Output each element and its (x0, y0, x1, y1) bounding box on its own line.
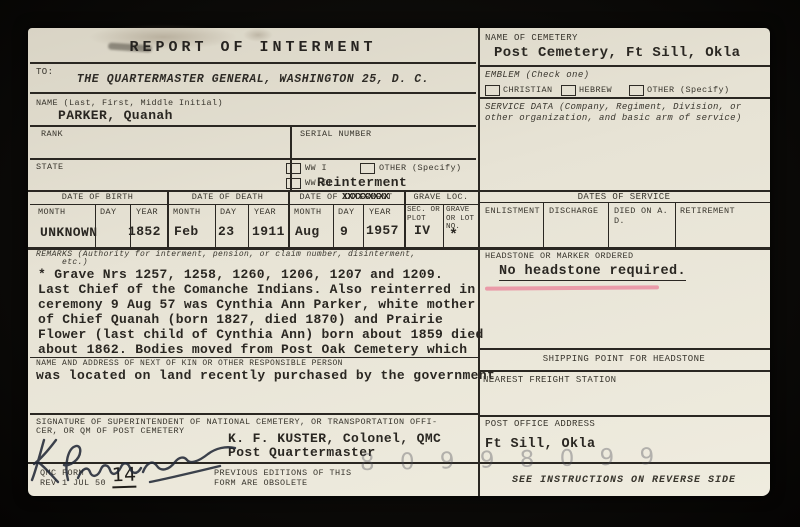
interment-day-value: 9 (340, 224, 348, 239)
rule (443, 204, 444, 247)
rule (248, 204, 249, 247)
reinterment-correction: Reinterment (317, 175, 407, 190)
stamped-numbers: 8 0 9 9 8 0 9 9 (360, 444, 664, 476)
form-title: REPORT OF INTERMENT (28, 39, 478, 56)
rule (478, 202, 770, 203)
interment-year-label: YEAR (369, 207, 391, 217)
remarks-text: * Grave Nrs 1257, 1258, 1260, 1206, 1207… (38, 267, 476, 357)
remarks-line: Flower (last child of Cynthia Ann) born … (38, 327, 476, 342)
name-label: NAME (Last, First, Middle Initial) (36, 98, 223, 108)
interment-form-card: REPORT OF INTERMENT TO: THE QUARTERMASTE… (28, 28, 770, 496)
grave-sec-label: SEC. OR PLOT (407, 206, 442, 223)
pink-crayon-underline (485, 285, 659, 290)
birth-year-label: YEAR (136, 207, 158, 217)
birth-month-label: MONTH (38, 207, 66, 217)
death-year-value: 1911 (252, 224, 285, 239)
other-emblem-label: OTHER (Specify) (647, 85, 730, 95)
remarks-line: Last Chief of the Comanche Indians. Also… (38, 282, 476, 297)
rule (478, 97, 770, 99)
death-year-label: YEAR (254, 207, 276, 217)
remarks-line: about 1862. Bodies moved from Post Oak C… (38, 342, 476, 357)
other-emblem-checkbox (629, 85, 644, 96)
birth-day-label: DAY (100, 207, 117, 217)
name-value: PARKER, Quanah (58, 108, 173, 123)
christian-checkbox (485, 85, 500, 96)
retirement-column-label: RETIREMENT (680, 206, 735, 216)
grave-loc-header: GRAVE LOC. (404, 192, 478, 202)
headstone-ordered-label: HEADSTONE OR MARKER ORDERED (485, 251, 634, 261)
remarks-label-line1: REMARKS (Authority for interment, pensio… (36, 250, 416, 259)
death-month-label: MONTH (173, 207, 201, 217)
rule (478, 65, 770, 67)
rule (30, 357, 478, 358)
ww1-checkbox (286, 163, 301, 174)
rule (478, 415, 770, 417)
cemetery-value: Post Cemetery, Ft Sill, Okla (494, 45, 740, 61)
rule (30, 158, 476, 160)
rank-label: RANK (41, 129, 63, 139)
rule (363, 204, 364, 247)
other-war-checkbox (360, 163, 375, 174)
rule (30, 125, 476, 127)
birth-year-value: 1852 (128, 224, 161, 239)
hebrew-checkbox (561, 85, 576, 96)
emblem-label: EMBLEM (Check one) (485, 70, 589, 80)
rule (608, 202, 609, 247)
photo-background: { "header": { "title": "REPORT OF INTERM… (0, 0, 800, 527)
remarks-line: * Grave Nrs 1257, 1258, 1260, 1206, 1207… (38, 267, 476, 282)
dates-of-service-header: DATES OF SERVICE (478, 192, 770, 202)
headstone-value: No headstone required. (499, 264, 686, 281)
divider-main (478, 28, 480, 496)
rule (30, 92, 476, 94)
christian-label: CHRISTIAN (503, 85, 553, 95)
birth-month-value: UNKNOWN (40, 225, 97, 240)
service-data-label: SERVICE DATA (Company, Regiment, Divisio… (485, 102, 763, 124)
rule (478, 370, 770, 372)
struck-interment-label: INTERMENTXXXXXXXXX (343, 192, 393, 202)
serial-number-label: SERIAL NUMBER (300, 129, 372, 139)
next-of-kin-value: was located on land recently purchased b… (36, 368, 495, 383)
other-war-label: OTHER (Specify) (379, 163, 462, 173)
rule (30, 204, 478, 205)
remarks-line: ceremony 9 Aug 57 was Cynthia Ann Parker… (38, 297, 476, 312)
rule (215, 204, 216, 247)
rule (675, 202, 676, 247)
death-day-label: DAY (220, 207, 237, 217)
addressee: THE QUARTERMASTER GENERAL, WASHINGTON 25… (28, 73, 478, 86)
enlistment-column-label: ENLISTMENT (485, 206, 540, 216)
handwritten-signature (30, 420, 240, 492)
ww2-checkbox (286, 178, 301, 189)
rule (478, 348, 770, 350)
died-on-ad-column-label: DIED ON A. D. (614, 206, 672, 226)
interment-month-value: Aug (295, 224, 320, 239)
cemetery-label: NAME OF CEMETERY (485, 33, 578, 43)
interment-day-label: DAY (338, 207, 355, 217)
reverse-side-instructions: SEE INSTRUCTIONS ON REVERSE SIDE (478, 475, 770, 486)
freight-station-label: NEAREST FREIGHT STATION (483, 375, 616, 385)
signer-typed-name: K. F. KUSTER, Colonel, QMC (228, 431, 441, 446)
remarks-line: of Chief Quanah (born 1827, died 1870) a… (38, 312, 476, 327)
rule (30, 413, 478, 415)
discharge-column-label: DISCHARGE (549, 206, 599, 216)
interment-header-prefix: DATE OF (299, 192, 338, 202)
ww1-label: WW I (305, 163, 327, 173)
death-day-value: 23 (218, 224, 234, 239)
grave-sec-value: IV (414, 223, 430, 238)
interment-strikeover: XXXXXXXXX (342, 191, 389, 202)
rule (333, 204, 334, 247)
shipping-point-header: SHIPPING POINT FOR HEADSTONE (478, 354, 770, 364)
state-label: STATE (36, 162, 64, 172)
interment-month-label: MONTH (294, 207, 322, 217)
date-of-birth-header: DATE OF BIRTH (28, 192, 167, 202)
signer-typed-title: Post Quartermaster (228, 445, 376, 460)
rule (543, 202, 544, 247)
date-of-interment-header: DATE OFINTERMENTXXXXXXXXX (288, 192, 404, 202)
interment-year-value: 1957 (366, 223, 399, 238)
rule (30, 62, 476, 64)
next-of-kin-label: NAME AND ADDRESS OF NEXT OF KIN OR OTHER… (36, 359, 343, 368)
death-month-value: Feb (174, 224, 199, 239)
hebrew-label: HEBREW (579, 85, 612, 95)
remarks-label-line2: etc.) (62, 258, 88, 267)
grave-lot-value: * (449, 227, 458, 244)
date-of-death-header: DATE OF DEATH (167, 192, 288, 202)
po-address-label: POST OFFICE ADDRESS (485, 419, 595, 429)
